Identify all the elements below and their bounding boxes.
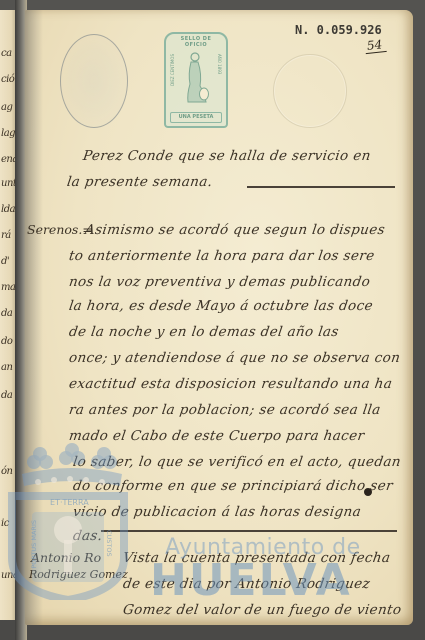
stamp-left-text: DIEZ CENTIMOS (170, 54, 175, 86)
text-line: Asimismo se acordó que segun lo dispues (84, 222, 386, 238)
text-line: de la noche y en lo demas del año las (68, 324, 340, 340)
stamp-right-text: AÑO 1893 (217, 54, 222, 74)
line-filler-rule (247, 186, 395, 188)
revenue-stamp: SELLO DE OFICIO DIEZ CENTIMOS AÑO 1893 U… (164, 32, 228, 128)
text-line: ra antes por la poblacion; se acordó sea… (68, 402, 382, 418)
oval-ink-stamp (60, 34, 128, 128)
adjacent-page-text: lda (1, 204, 15, 215)
adjacent-page-text: ció (1, 74, 14, 85)
adjacent-page-text: an (1, 362, 12, 373)
huelva-crest-watermark (8, 440, 128, 600)
section-end-rule (101, 530, 397, 532)
stamp-top-text: SELLO DE OFICIO (172, 36, 220, 48)
adjacent-page-text: lag (1, 128, 15, 139)
text-line: la hora, es desde Mayo á octubre las doc… (68, 298, 374, 314)
adjacent-page-text: ag (1, 102, 12, 113)
folio-number: 54 (364, 37, 387, 54)
text-line: la presente semana. (66, 174, 214, 190)
adjacent-page-text: do (1, 336, 12, 347)
text-line: Perez Conde que se halla de servicio en (82, 148, 372, 164)
crest-motto-top: ET·TERRA (50, 498, 89, 507)
crest-motto-left: PORTUS MARIS (30, 520, 38, 569)
text-line: to anteriormente la hora para dar los se… (68, 248, 376, 264)
serial-number: N. 0.059.926 (295, 23, 382, 37)
adjacent-page-text: rá (1, 230, 11, 241)
watermark-org-line2: HUELVA (150, 555, 352, 606)
stamp-value-banner: UNA PESETA (170, 112, 222, 123)
text-line: once; y atendiendose á que no se observa… (68, 350, 402, 366)
adjacent-page-text: ca (1, 48, 12, 59)
text-line: exactitud esta disposicion resultando un… (68, 376, 394, 392)
text-line: nos la voz preventiva y demas publicando (68, 274, 372, 290)
embossed-seal (273, 54, 347, 128)
margin-note-serenos: Serenos.= (27, 222, 93, 237)
seated-figure-icon (184, 50, 210, 106)
adjacent-page-text: da (1, 308, 12, 319)
ink-blot (364, 488, 372, 496)
crest-motto-right: CUSTOS (105, 530, 113, 557)
adjacent-page-text: da (1, 390, 12, 401)
document-scan: ca ció ag lag ena unta lda rá d' ma, da … (0, 0, 425, 640)
adjacent-page-text: d' (1, 256, 9, 267)
